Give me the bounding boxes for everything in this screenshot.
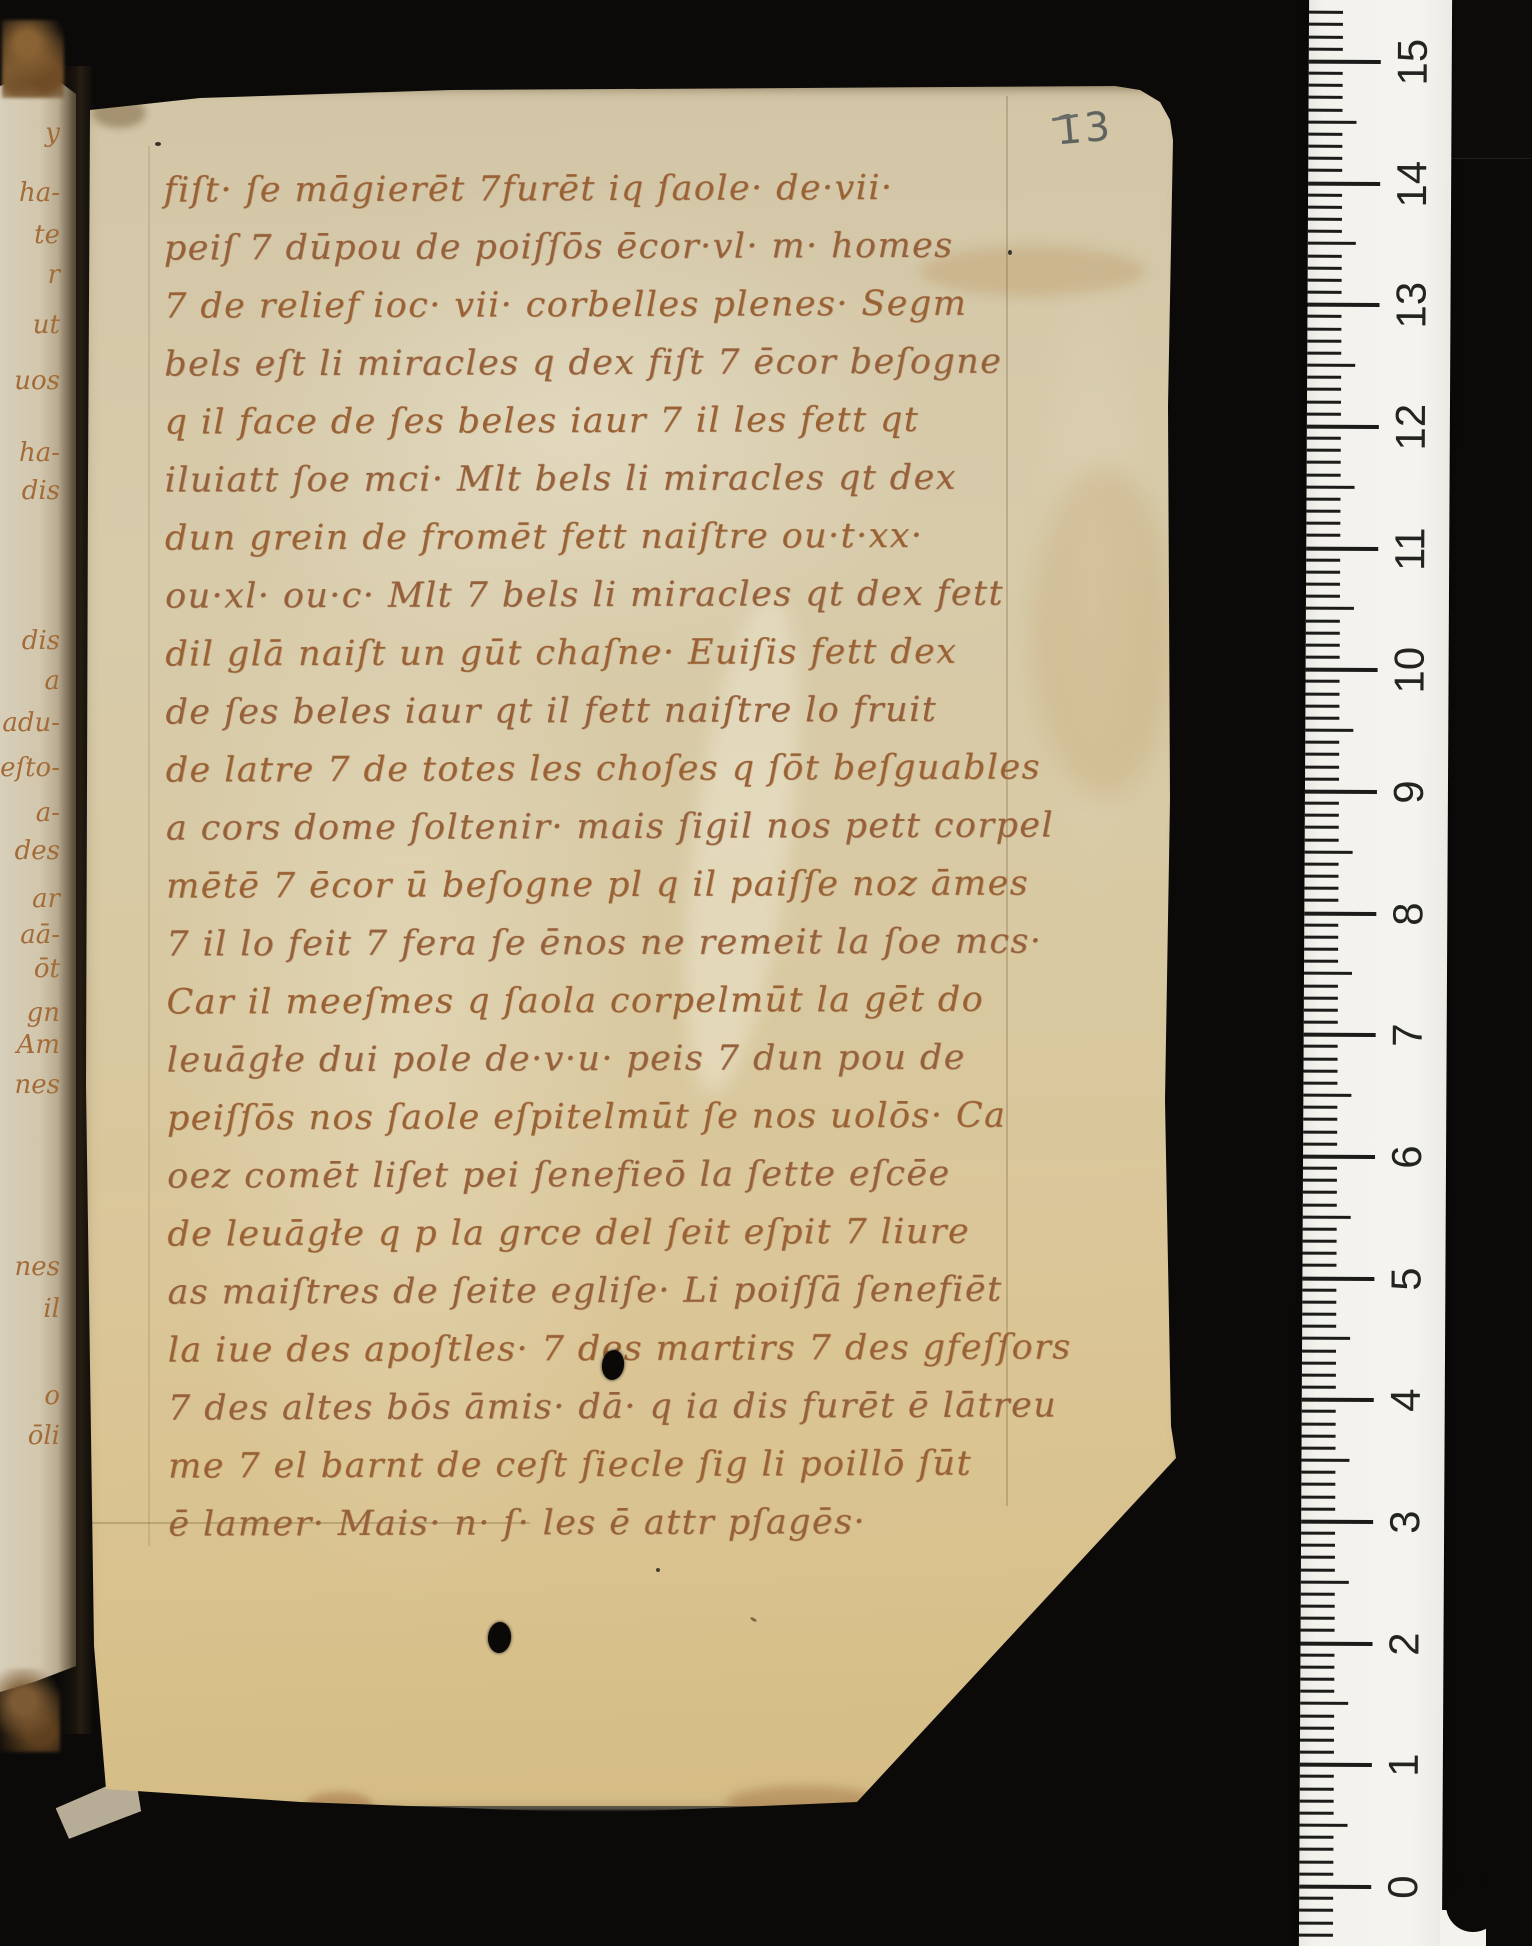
ruler-tick xyxy=(1308,254,1342,257)
ruler-tick xyxy=(1300,1690,1334,1693)
ruler-tick xyxy=(1300,1775,1334,1778)
ruler-tick xyxy=(1304,1033,1376,1037)
manuscript-line: fiſt· ſe māgierēt 7furēt iq ſaole· de·vi… xyxy=(164,158,1068,219)
ruler-tick xyxy=(1307,315,1341,318)
manuscript-line: oez comēt liſet pei ſenefieō la ſette eſ… xyxy=(167,1144,1071,1205)
ruler-tick xyxy=(1299,1848,1333,1851)
ruler-tick xyxy=(1306,644,1340,647)
prev-leaf-fragment: dis xyxy=(22,476,60,506)
ruler-tick xyxy=(1300,1739,1334,1742)
ruler-tick xyxy=(1302,1361,1336,1364)
ruler-tick xyxy=(1305,717,1339,720)
ruler-tick xyxy=(1309,47,1343,50)
ruler-tick xyxy=(1299,1897,1333,1900)
ruler-tick xyxy=(1299,1933,1333,1936)
ruler-tick xyxy=(1304,1045,1338,1048)
ruler-tick xyxy=(1305,802,1339,805)
manuscript-line: ē lamer· Mais· n· ſ· les ē attr pſagēs· xyxy=(168,1492,1072,1553)
ruler-label: 8 xyxy=(1376,882,1440,946)
ruler-label: 1 xyxy=(1372,1733,1436,1797)
ruler-tick xyxy=(1305,692,1339,695)
prev-leaf-fragment: ar xyxy=(32,884,60,914)
manuscript-line: de latre 7 de totes les choſes q ſōt beſ… xyxy=(166,738,1070,799)
ruler-tick xyxy=(1303,1106,1337,1109)
ruler-tick xyxy=(1300,1666,1334,1669)
ruler-tick xyxy=(1299,1836,1333,1839)
stain xyxy=(306,1792,372,1816)
ruler-tick xyxy=(1300,1726,1334,1729)
ruler-tick xyxy=(1301,1580,1349,1583)
prev-leaf-fragment: ha- xyxy=(19,178,60,208)
manuscript-line: leuāgłe dui pole de·v·u· peis 7 dun pou … xyxy=(167,1028,1071,1089)
ruler-tick xyxy=(1305,741,1339,744)
ruler-tick xyxy=(1304,960,1338,963)
ruler-tick xyxy=(1300,1812,1334,1815)
ruler-tick xyxy=(1302,1313,1336,1316)
ruler-tick xyxy=(1303,1228,1337,1231)
ruler-tick xyxy=(1305,777,1339,780)
ruler-tick xyxy=(1300,1763,1372,1767)
manuscript-line: peiſſōs nos ſaole eſpitelmūt ſe nos uolō… xyxy=(167,1086,1071,1147)
ruler-tick xyxy=(1305,814,1339,817)
ruler-tick xyxy=(1304,899,1338,902)
ruler-tick xyxy=(1308,169,1342,172)
ruler-tick xyxy=(1303,1240,1337,1243)
ruler-tick xyxy=(1303,1203,1337,1206)
ruler-tick xyxy=(1308,133,1342,136)
ruler-tick xyxy=(1301,1544,1335,1547)
ruler-tick xyxy=(1299,1860,1333,1863)
prev-leaf-fragment: eſto- xyxy=(0,753,60,783)
ruler-notch xyxy=(1446,1878,1500,1932)
ruler-tick xyxy=(1305,826,1339,829)
prev-leaf-fragment: adu- xyxy=(2,708,60,738)
manuscript-line: as maiſtres de ſeite egliſe· Li poiſſā ſ… xyxy=(167,1260,1071,1321)
ruler-tick xyxy=(1308,218,1342,221)
ruler-label: 15 xyxy=(1381,30,1445,94)
manuscript-line: dil glā naiſt un gūt chaſne· Euiſis fett… xyxy=(165,622,1069,683)
speck xyxy=(750,1616,758,1622)
prev-leaf-fragment: Am xyxy=(17,1030,60,1060)
ruler-tick xyxy=(1302,1410,1336,1413)
ruler-tick xyxy=(1301,1471,1335,1474)
folio-number: 13 xyxy=(1054,104,1115,155)
ruler-tick xyxy=(1303,1215,1351,1218)
ruler-tick xyxy=(1306,619,1340,622)
prev-leaf-fragment: ut xyxy=(33,310,60,340)
ruler-label: 13 xyxy=(1379,273,1443,337)
ruler-tick xyxy=(1306,522,1340,525)
ruler-tick xyxy=(1305,850,1353,853)
ruler-ticks: 0123456789101112131415 xyxy=(1299,0,1452,1946)
ruler-tick xyxy=(1301,1556,1335,1559)
ruler-tick xyxy=(1309,23,1343,26)
ruler-tick xyxy=(1301,1532,1335,1535)
ruler-tick xyxy=(1308,120,1356,123)
ruler-label: 3 xyxy=(1373,1490,1437,1554)
speck xyxy=(1008,250,1012,255)
ruler-tick xyxy=(1299,1872,1333,1875)
ruler-tick xyxy=(1303,1167,1337,1170)
ruler-tick xyxy=(1300,1824,1348,1827)
ruler-tick xyxy=(1302,1386,1336,1389)
ruler-tick xyxy=(1304,1057,1338,1060)
ruler-tick xyxy=(1307,425,1379,429)
ruler-tick xyxy=(1306,546,1378,550)
ruler-tick xyxy=(1306,656,1340,659)
ruler-label: 4 xyxy=(1374,1368,1438,1432)
ruler-label: 10 xyxy=(1377,638,1441,702)
ruler-tick xyxy=(1309,11,1343,14)
ruler-tick xyxy=(1301,1605,1335,1608)
ruler-tick xyxy=(1299,1909,1333,1912)
ruler-tick xyxy=(1306,631,1340,634)
ruler-label: 0 xyxy=(1371,1855,1435,1919)
prev-leaf-fragment: te xyxy=(34,220,60,250)
ruler-tick xyxy=(1307,352,1341,355)
ruler-tick xyxy=(1308,242,1356,245)
ruler-tick xyxy=(1308,193,1342,196)
prev-leaf-fragment: ha- xyxy=(19,438,60,468)
ruler-tick xyxy=(1308,145,1342,148)
ruler-tick xyxy=(1308,181,1380,185)
ruler-label: 7 xyxy=(1376,1003,1440,1067)
ruler-tick xyxy=(1306,680,1340,683)
backing-board-seam xyxy=(1444,0,1532,159)
ruler-tick xyxy=(1302,1276,1374,1280)
manuscript-photo: yha-terutuosha-disdisaadu-eſto-a-desaraā… xyxy=(0,0,1532,1946)
manuscript-line: 7 des altes bōs āmis· dā· q ia dis furēt… xyxy=(168,1376,1072,1437)
manuscript-line: mētē 7 ēcor ū beſogne pl q il paiſſe noz… xyxy=(166,854,1070,915)
ruler-tick xyxy=(1307,461,1341,464)
ruler-tick xyxy=(1304,1021,1338,1024)
manuscript-line: dun grein de fromēt fett naiſtre ou·t·xx… xyxy=(165,506,1069,567)
ruler-label: 6 xyxy=(1375,1125,1439,1189)
ruler-label: 9 xyxy=(1377,760,1441,824)
ruler-tick xyxy=(1300,1678,1334,1681)
manuscript-line: me 7 el barnt de ceſt ſiecle ſig li poil… xyxy=(168,1434,1072,1495)
binding-fiber-tuft-bottom xyxy=(0,1668,60,1752)
ruler-tick xyxy=(1300,1714,1334,1717)
ruler-label: 11 xyxy=(1378,517,1442,581)
prev-leaf-fragment: gn xyxy=(27,998,60,1028)
prev-leaf-fragment: ōt xyxy=(34,954,60,984)
ruler-tick xyxy=(1302,1301,1336,1304)
ruler-tick xyxy=(1300,1702,1348,1705)
ruler-tick xyxy=(1301,1495,1335,1498)
ruler-tick xyxy=(1306,583,1340,586)
manuscript-line: de leuāgłe q p la grce del ſeit eſpit 7 … xyxy=(167,1202,1071,1263)
ruler-tick xyxy=(1308,230,1342,233)
ruler-tick xyxy=(1307,437,1341,440)
ruler-tick xyxy=(1303,1118,1337,1121)
ruler-tick xyxy=(1304,996,1338,999)
ruler-tick xyxy=(1302,1288,1336,1291)
parchment-page: fiſt· ſe māgierēt 7furēt iq ſaole· de·vi… xyxy=(78,86,1180,1806)
manuscript-line: q il face de ſes beles iaur 7 il les fet… xyxy=(164,390,1068,451)
ruler-tick xyxy=(1299,1885,1371,1889)
ruler-tick xyxy=(1304,984,1338,987)
ruler-tick xyxy=(1302,1447,1336,1450)
manuscript-line: 7 de relief ioc· vii· corbelles plenes· … xyxy=(164,274,1068,335)
ruler-tick xyxy=(1304,887,1338,890)
ruler-tick xyxy=(1307,376,1341,379)
ruler-tick xyxy=(1307,485,1355,488)
ruler-tick xyxy=(1301,1520,1373,1524)
ruler-tick xyxy=(1300,1751,1334,1754)
prev-leaf-fragment: nes xyxy=(15,1070,60,1100)
ruler-tick xyxy=(1304,923,1338,926)
prev-leaf-fragment: des xyxy=(15,836,60,866)
ruler-tick xyxy=(1304,1009,1338,1012)
ruler-tick xyxy=(1307,339,1341,342)
ruler-tick xyxy=(1303,1082,1337,1085)
ruler-tick xyxy=(1303,1069,1337,1072)
ruler-tick xyxy=(1309,60,1381,64)
ruler-tick xyxy=(1306,558,1340,561)
ruler-tick xyxy=(1302,1325,1336,1328)
ruler-tick xyxy=(1305,863,1339,866)
ruler-tick xyxy=(1303,1252,1337,1255)
ruler-tick xyxy=(1302,1264,1336,1267)
text-block: fiſt· ſe māgierēt 7furēt iq ſaole· de·vi… xyxy=(164,158,1073,1553)
ruler-tick xyxy=(1303,1142,1337,1145)
ruler-tick xyxy=(1302,1349,1336,1352)
manuscript-line: de ſes beles iaur qt il fett naiſtre lo … xyxy=(165,680,1069,741)
speck xyxy=(155,142,161,146)
ruler-tick xyxy=(1308,279,1342,282)
prev-leaf-fragment: a- xyxy=(36,798,60,828)
ruler-tick xyxy=(1308,266,1342,269)
manuscript-line: 7 il lo feit 7 fera ſe ēnos ne remeit la… xyxy=(166,912,1070,973)
ruler-tick xyxy=(1305,753,1339,756)
ruler-tick xyxy=(1307,449,1341,452)
ruler-label: 14 xyxy=(1380,152,1444,216)
ruler-tick xyxy=(1306,607,1354,610)
ruler-tick xyxy=(1306,668,1378,672)
ruler-tick xyxy=(1309,96,1343,99)
ruler-tick xyxy=(1306,534,1340,537)
ruler-tick xyxy=(1307,388,1341,391)
ruler-tick xyxy=(1301,1483,1335,1486)
ruler-tick xyxy=(1309,35,1343,38)
ruler-tick xyxy=(1302,1374,1336,1377)
ruler-tick xyxy=(1309,108,1343,111)
ruler-tick xyxy=(1301,1617,1335,1620)
ruler-tick xyxy=(1306,510,1340,513)
ruler-tick xyxy=(1303,1130,1337,1133)
ruler-tick xyxy=(1302,1422,1336,1425)
ruler-tick xyxy=(1307,364,1355,367)
prev-leaf-fragment: dis xyxy=(22,626,60,656)
manuscript-line: peiſ 7 dūpou de poiſſōs ēcor·vl· m· home… xyxy=(164,216,1068,277)
ruler-tick xyxy=(1300,1653,1334,1656)
ruler-tick xyxy=(1305,704,1339,707)
ruler-label: 5 xyxy=(1374,1247,1438,1311)
ruler-tick xyxy=(1302,1434,1336,1437)
ruler-tick xyxy=(1306,595,1340,598)
ruler-tick xyxy=(1301,1459,1349,1462)
ruler-tick xyxy=(1305,790,1377,794)
manuscript-line: iluiatt ſoe mci· Mlt bels li miracles qt… xyxy=(165,448,1069,509)
ruler-tick xyxy=(1307,412,1341,415)
ruler-tick xyxy=(1301,1568,1335,1571)
prev-leaf-fragment: uos xyxy=(14,366,60,396)
ruler-tick xyxy=(1301,1507,1335,1510)
ruler-tick xyxy=(1305,765,1339,768)
ruler-tick xyxy=(1309,72,1343,75)
worm-hole xyxy=(487,1621,512,1654)
ruler-tick xyxy=(1308,291,1342,294)
speck xyxy=(656,1568,660,1572)
ruler-tick xyxy=(1305,838,1339,841)
ruler-tick xyxy=(1304,972,1352,975)
ruler-tick xyxy=(1303,1179,1337,1182)
ruler-tick xyxy=(1305,729,1353,732)
ruler-tick xyxy=(1301,1629,1335,1632)
manuscript-line: a cors dome ſoltenir· mais ſigil nos pet… xyxy=(166,796,1070,857)
ruler-tick xyxy=(1309,84,1343,87)
ruler-label: 12 xyxy=(1379,395,1443,459)
prev-leaf-fragment: ōli xyxy=(28,1421,60,1451)
ruler-tick xyxy=(1304,936,1338,939)
ruler-tick xyxy=(1305,875,1339,878)
ruler-tick xyxy=(1307,303,1379,307)
measurement-ruler: 0123456789101112131415 xyxy=(1299,0,1452,1946)
ruler-tick xyxy=(1302,1337,1350,1340)
ruler-tick xyxy=(1306,571,1340,574)
ruler-tick xyxy=(1307,327,1341,330)
ruler-tick xyxy=(1303,1094,1351,1097)
manuscript-line: Car il meeſmes q ſaola corpelmūt la gēt … xyxy=(166,970,1070,1031)
ruler-tick xyxy=(1300,1641,1372,1645)
ruler-tick xyxy=(1303,1155,1375,1159)
prev-leaf-fragment: nes xyxy=(15,1252,60,1282)
stain xyxy=(726,1786,881,1818)
ruler-tick xyxy=(1299,1921,1333,1924)
ruler-tick xyxy=(1301,1593,1335,1596)
stain xyxy=(92,98,146,128)
ruler-tick xyxy=(1300,1799,1334,1802)
ruler-tick xyxy=(1308,157,1342,160)
ruler-tick xyxy=(1308,206,1342,209)
binding-fiber-tuft-top xyxy=(2,20,64,98)
ruler-tick xyxy=(1302,1398,1374,1402)
manuscript-line: ou·xl· ou·c· Mlt 7 bels li miracles qt d… xyxy=(165,564,1069,625)
ruling-line-vertical xyxy=(148,146,150,1546)
manuscript-line: bels eſt li miracles q dex fiſt 7 ēcor b… xyxy=(164,332,1068,393)
ruler-tick xyxy=(1306,498,1340,501)
ruler-label: 2 xyxy=(1372,1612,1436,1676)
ruler-tick xyxy=(1304,948,1338,951)
ruler-tick xyxy=(1307,400,1341,403)
ruler-tick xyxy=(1304,911,1376,915)
ruler-tick xyxy=(1300,1787,1334,1790)
ruler-tick xyxy=(1303,1191,1337,1194)
prev-leaf-fragment: aā- xyxy=(20,920,60,950)
ruler-tick xyxy=(1307,473,1341,476)
